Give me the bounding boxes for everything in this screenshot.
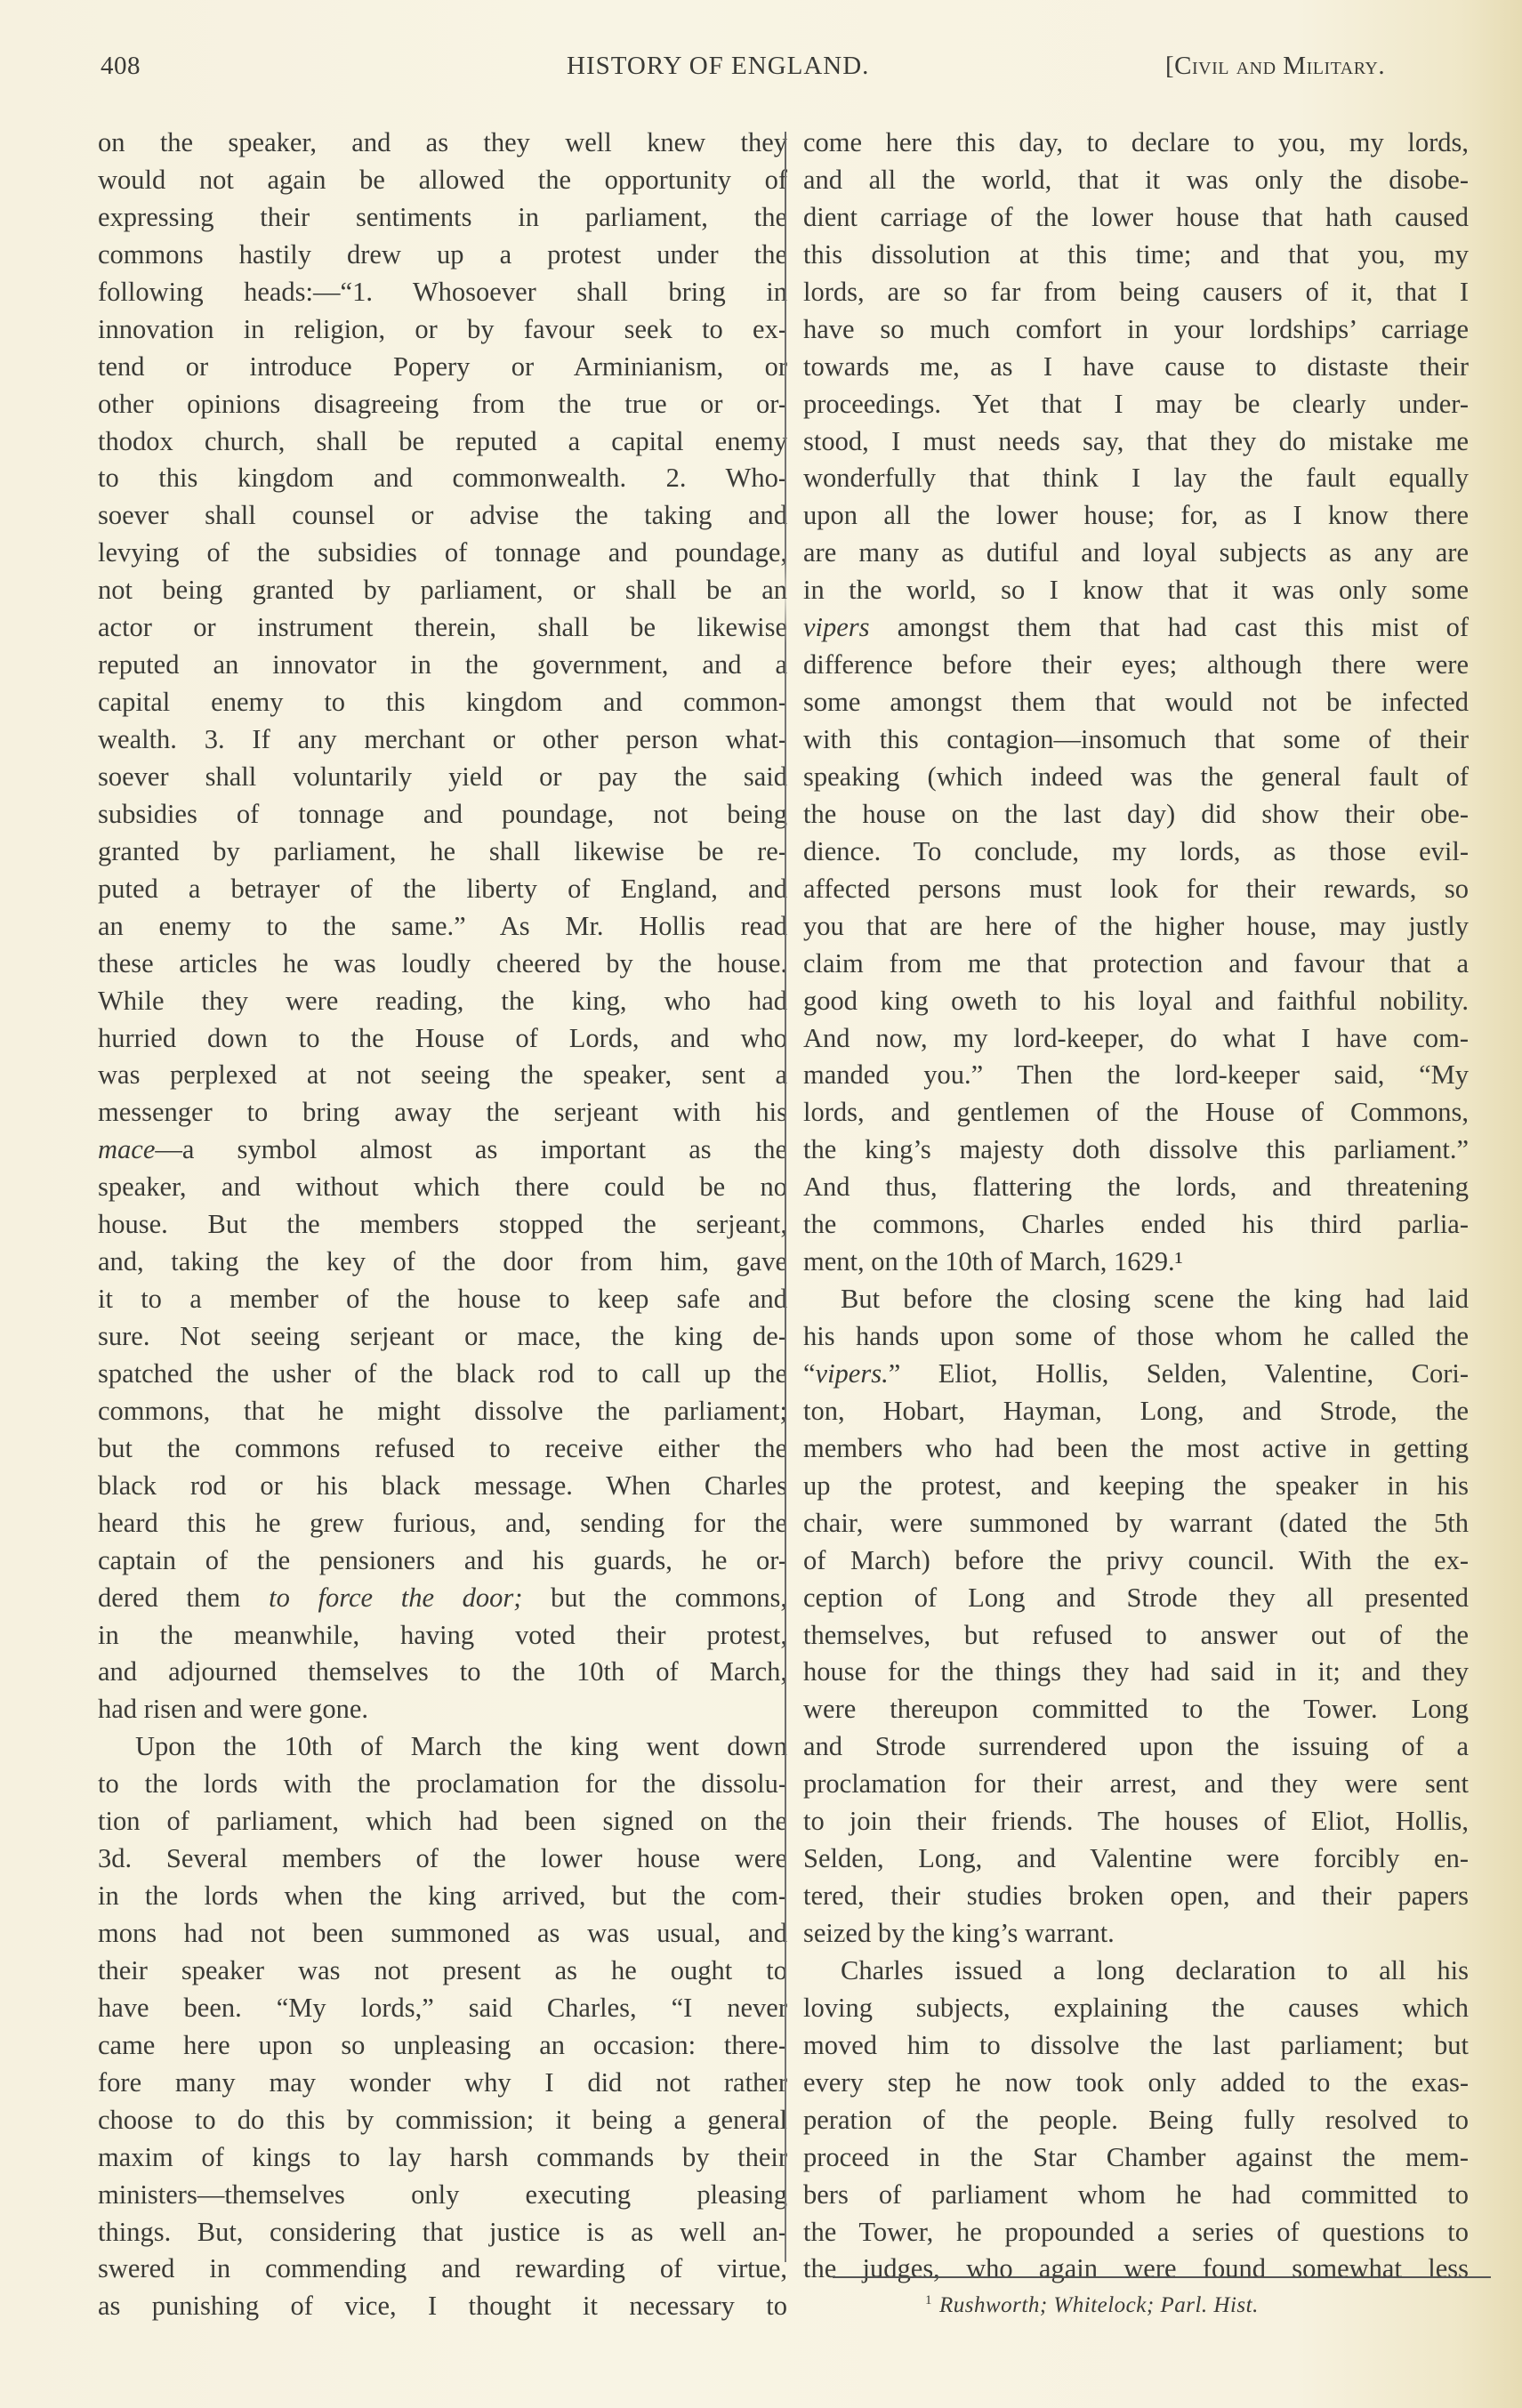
page-number: 408 (101, 52, 141, 81)
text-line: good king oweth to his loyal and faithfu… (803, 983, 1469, 1020)
text-line: were thereupon committed to the Tower. L… (803, 1691, 1469, 1728)
text-line: capital enemy to this kingdom and common… (98, 684, 787, 721)
text-line: commons, that he might dissolve the parl… (98, 1393, 787, 1430)
section-heading: [Civil and Military. (1165, 52, 1385, 81)
text-line: vipers amongst them that had cast this m… (803, 609, 1469, 647)
text-line: swered in commending and rewarding of vi… (98, 2251, 787, 2288)
text-line: ministers—themselves only executing plea… (98, 2177, 787, 2214)
text-line: wonderfully that think I lay the fault e… (803, 460, 1469, 497)
text-line: of March) before the privy council. With… (803, 1542, 1469, 1580)
text-line: but the commons refused to receive eithe… (98, 1430, 787, 1468)
text-line: And thus, flattering the lords, and thre… (803, 1169, 1469, 1206)
text-line: dience. To conclude, my lords, as those … (803, 834, 1469, 871)
text-line: mons had not been summoned as was usual,… (98, 1915, 787, 1953)
text-line: peration of the people. Being fully reso… (803, 2102, 1469, 2139)
text-line: difference before their eyes; although t… (803, 647, 1469, 684)
text-line: and, taking the key of the door from him… (98, 1244, 787, 1281)
text-line: it to a member of the house to keep safe… (98, 1281, 787, 1318)
left-column: on the speaker, and as they well knew th… (98, 125, 787, 2325)
text-line: things. But, considering that justice is… (98, 2214, 787, 2251)
text-line: as punishing of vice, I thought it neces… (98, 2288, 787, 2325)
text-line: house for the things they had said in it… (803, 1654, 1469, 1691)
text-line: tend or introduce Popery or Arminianism,… (98, 349, 787, 386)
text-line: following heads:—“1. Whosoever shall bri… (98, 274, 787, 311)
text-line: sure. Not seeing serjeant or mace, the k… (98, 1318, 787, 1356)
text-line: dient carriage of the lower house that h… (803, 199, 1469, 237)
text-line: stood, I must needs say, that they do mi… (803, 423, 1469, 461)
text-line: every step he now took only added to the… (803, 2065, 1469, 2102)
running-title: HISTORY OF ENGLAND. (567, 52, 869, 81)
text-line: not being granted by parliament, or shal… (98, 572, 787, 609)
text-line: to the lords with the proclamation for t… (98, 1766, 787, 1803)
text-line: loving subjects, explaining the causes w… (803, 1990, 1469, 2027)
text-line: to this kingdom and commonwealth. 2. Who… (98, 460, 787, 497)
text-line: heard this he grew furious, and, sending… (98, 1505, 787, 1542)
text-line: their speaker was not present as he ough… (98, 1953, 787, 1990)
text-line: maxim of kings to lay harsh commands by … (98, 2139, 787, 2177)
text-line: and all the world, that it was only the … (803, 162, 1469, 199)
text-line: have been. “My lords,” said Charles, “I … (98, 1990, 787, 2027)
text-line: seized by the king’s warrant. (803, 1915, 1469, 1953)
text-line: the Tower, he propounded a series of que… (803, 2214, 1469, 2251)
footnote-text: Rushworth; Whitelock; Parl. Hist. (939, 2293, 1259, 2317)
text-line: tered, their studies broken open, and th… (803, 1878, 1469, 1915)
text-line: tion of parliament, which had been signe… (98, 1803, 787, 1840)
right-column: come here this day, to declare to you, m… (803, 125, 1469, 2288)
text-line: ception of Long and Strode they all pres… (803, 1580, 1469, 1617)
text-line: levying of the subsidies of tonnage and … (98, 535, 787, 572)
text-line: ton, Hobart, Hayman, Long, and Strode, t… (803, 1393, 1469, 1430)
text-line: and Strode surrendered upon the issuing … (803, 1728, 1469, 1766)
text-line: speaker, and without which there could b… (98, 1169, 787, 1206)
text-line: with this contagion—insomuch that some o… (803, 721, 1469, 759)
text-line: an enemy to the same.” As Mr. Hollis rea… (98, 908, 787, 946)
text-line: granted by parliament, he shall likewise… (98, 834, 787, 871)
text-line: claim from me that protection and favour… (803, 946, 1469, 983)
text-line: Selden, Long, and Valentine were forcibl… (803, 1840, 1469, 1878)
text-line: And now, my lord-keeper, do what I have … (803, 1020, 1469, 1058)
text-line: proclamation for their arrest, and they … (803, 1766, 1469, 1803)
text-line: reputed an innovator in the government, … (98, 647, 787, 684)
text-line: wealth. 3. If any merchant or other pers… (98, 721, 787, 759)
text-line: this dissolution at this time; and that … (803, 237, 1469, 274)
text-line: Charles issued a long declaration to all… (803, 1953, 1469, 1990)
text-line: proceed in the Star Chamber against the … (803, 2139, 1469, 2177)
text-line: dered them to force the door; but the co… (98, 1580, 787, 1617)
text-line: the king’s majesty doth dissolve this pa… (803, 1132, 1469, 1169)
text-line: came here upon so unpleasing an occasion… (98, 2027, 787, 2065)
text-line: the judges, who again were found somewha… (803, 2251, 1469, 2288)
text-line: you that are here of the higher house, m… (803, 908, 1469, 946)
text-line: come here this day, to declare to you, m… (803, 125, 1469, 162)
text-line: soever shall voluntarily yield or pay th… (98, 759, 787, 796)
text-line: speaking (which indeed was the general f… (803, 759, 1469, 796)
text-line: subsidies of tonnage and poundage, not b… (98, 796, 787, 834)
text-line: in the lords when the king arrived, but … (98, 1878, 787, 1915)
text-line: actor or instrument therein, shall be li… (98, 609, 787, 647)
text-line: “vipers.” Eliot, Hollis, Selden, Valenti… (803, 1356, 1469, 1393)
text-line: other opinions disagreeing from the true… (98, 386, 787, 423)
text-line: expressing their sentiments in parliamen… (98, 199, 787, 237)
text-line: in the world, so I know that it was only… (803, 572, 1469, 609)
footnote-rule (833, 2276, 1491, 2278)
text-line: was perplexed at not seeing the speaker,… (98, 1057, 787, 1094)
text-line: fore many may wonder why I did not rathe… (98, 2065, 787, 2102)
text-line: chair, were summoned by warrant (dated t… (803, 1505, 1469, 1542)
column-divider (785, 132, 786, 2262)
text-line: innovation in religion, or by favour see… (98, 311, 787, 349)
text-line: soever shall counsel or advise the takin… (98, 497, 787, 535)
text-line: puted a betrayer of the liberty of Engla… (98, 871, 787, 908)
text-line: spatched the usher of the black rod to c… (98, 1356, 787, 1393)
text-line: would not again be allowed the opportuni… (98, 162, 787, 199)
text-line: While they were reading, the king, who h… (98, 983, 787, 1020)
text-line: hurried down to the House of Lords, and … (98, 1020, 787, 1058)
text-line: his hands upon some of those whom he cal… (803, 1318, 1469, 1356)
text-line: captain of the pensioners and his guards… (98, 1542, 787, 1580)
text-line: choose to do this by commission; it bein… (98, 2102, 787, 2139)
text-line: and adjourned themselves to the 10th of … (98, 1654, 787, 1691)
text-line: house. But the members stopped the serje… (98, 1206, 787, 1244)
footnote: 1Rushworth; Whitelock; Parl. Hist. (925, 2293, 1259, 2318)
text-line: to join their friends. The houses of Eli… (803, 1803, 1469, 1840)
text-line: ment, on the 10th of March, 1629.¹ (803, 1244, 1469, 1281)
text-line: lords, are so far from being causers of … (803, 274, 1469, 311)
text-line: are many as dutiful and loyal subjects a… (803, 535, 1469, 572)
text-line: some amongst them that would not be infe… (803, 684, 1469, 721)
text-line: towards me, as I have cause to distaste … (803, 349, 1469, 386)
text-line: up the protest, and keeping the speaker … (803, 1468, 1469, 1505)
text-line: affected persons must look for their rew… (803, 871, 1469, 908)
text-line: upon all the lower house; for, as I know… (803, 497, 1469, 535)
text-line: Upon the 10th of March the king went dow… (98, 1728, 787, 1766)
text-line: bers of parliament whom he had committed… (803, 2177, 1469, 2214)
text-line: have so much comfort in your lordships’ … (803, 311, 1469, 349)
text-line: the house on the last day) did show thei… (803, 796, 1469, 834)
text-line: commons hastily drew up a protest under … (98, 237, 787, 274)
text-line: lords, and gentlemen of the House of Com… (803, 1094, 1469, 1132)
text-line: on the speaker, and as they well knew th… (98, 125, 787, 162)
text-line: members who had been the most active in … (803, 1430, 1469, 1468)
footnote-marker: 1 (925, 2293, 932, 2307)
text-line: these articles he was loudly cheered by … (98, 946, 787, 983)
text-line: had risen and were gone. (98, 1691, 787, 1728)
text-line: themselves, but refused to answer out of… (803, 1617, 1469, 1655)
text-line: moved him to dissolve the last parliamen… (803, 2027, 1469, 2065)
text-line: manded you.” Then the lord-keeper said, … (803, 1057, 1469, 1094)
text-line: black rod or his black message. When Cha… (98, 1468, 787, 1505)
text-line: But before the closing scene the king ha… (803, 1281, 1469, 1318)
text-line: proceedings. Yet that I may be clearly u… (803, 386, 1469, 423)
text-line: in the meanwhile, having voted their pro… (98, 1617, 787, 1655)
text-line: the commons, Charles ended his third par… (803, 1206, 1469, 1244)
text-line: thodox church, shall be reputed a capita… (98, 423, 787, 461)
text-line: messenger to bring away the serjeant wit… (98, 1094, 787, 1132)
running-head: 408 HISTORY OF ENGLAND. [Civil and Milit… (0, 52, 1522, 87)
text-line: 3d. Several members of the lower house w… (98, 1840, 787, 1878)
text-line: mace—a symbol almost as important as the (98, 1132, 787, 1169)
